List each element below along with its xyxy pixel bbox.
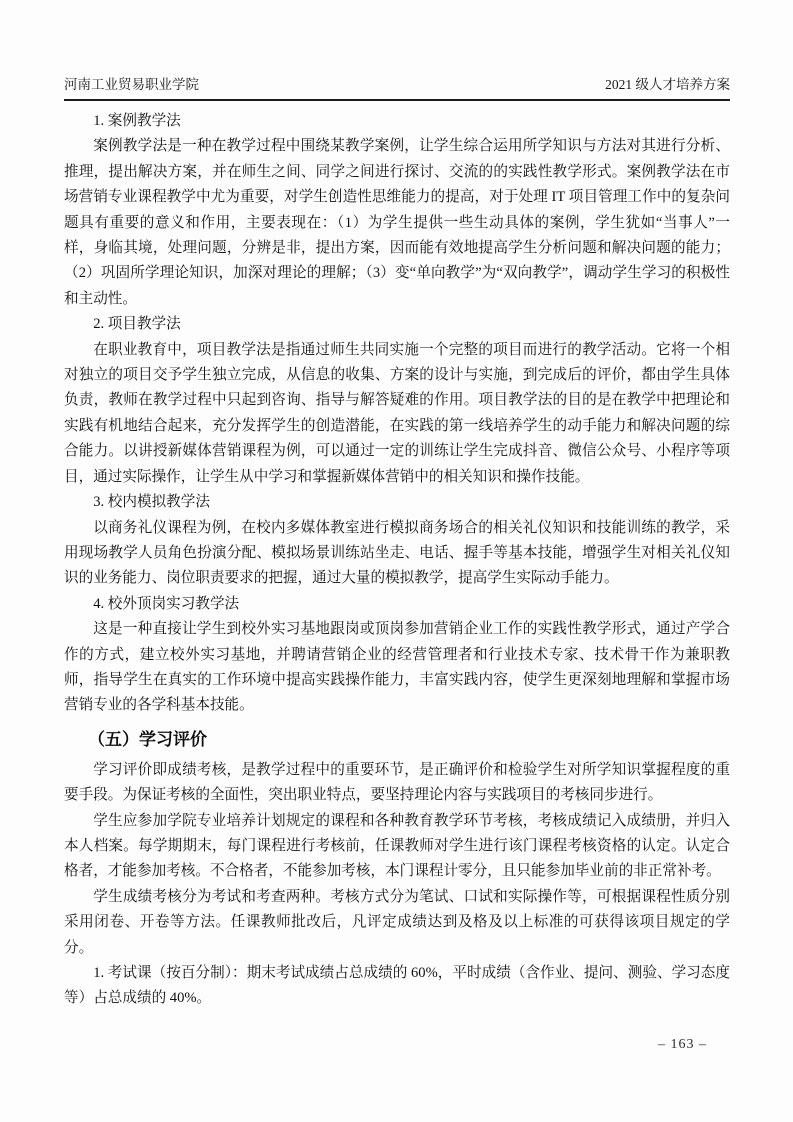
paragraph: 案例教学法是一种在教学过程中围绕某教学案例，让学生综合运用所学知识与方法对其进行… bbox=[64, 134, 730, 312]
paragraph: 学生应参加学院专业培养计划规定的课程和各种教育教学环节考核，考核成绩记入成绩册，… bbox=[64, 809, 730, 885]
paragraph: 学生成绩考核分为考试和考查两种。考核方式分为笔试、口试和实际操作等，可根据课程性… bbox=[64, 885, 730, 961]
document-body: 1. 案例教学法案例教学法是一种在教学过程中围绕某教学案例，让学生综合运用所学知… bbox=[64, 109, 730, 1012]
paragraph: 在职业教育中，项目教学法是指通过师生共同实施一个完整的项目而进行的教学活动。它将… bbox=[64, 338, 730, 490]
paragraph: 以商务礼仪课程为例，在校内多媒体教室进行模拟商务场合的相关礼仪知识和技能训练的教… bbox=[64, 516, 730, 592]
method-subheading: 4. 校外顶岗实习教学法 bbox=[64, 592, 730, 617]
method-subheading: 1. 案例教学法 bbox=[64, 109, 730, 134]
paragraph: 这是一种直接让学生到校外实习基地跟岗或顶岗参加营销企业工作的实践性教学形式，通过… bbox=[64, 617, 730, 719]
paragraph: 1. 考试课（按百分制）：期末考试成绩占总成绩的 60%，平时成绩（含作业、提问… bbox=[64, 961, 730, 1012]
header-school-name: 河南工业贸易职业学院 bbox=[64, 77, 199, 93]
header-document-title: 2021 级人才培养方案 bbox=[605, 77, 730, 93]
document-page: 河南工业贸易职业学院 2021 级人才培养方案 1. 案例教学法案例教学法是一种… bbox=[0, 0, 793, 1122]
page-number: – 163 – bbox=[658, 1037, 707, 1053]
method-subheading: 3. 校内模拟教学法 bbox=[64, 490, 730, 515]
paragraph: 学习评价即成绩考核，是教学过程中的重要环节，是正确评价和检验学生对所学知识掌握程… bbox=[64, 758, 730, 809]
method-subheading: 2. 项目教学法 bbox=[64, 312, 730, 337]
section-heading: （五）学习评价 bbox=[64, 726, 730, 754]
page-header: 河南工业贸易职业学院 2021 级人才培养方案 bbox=[64, 77, 730, 101]
